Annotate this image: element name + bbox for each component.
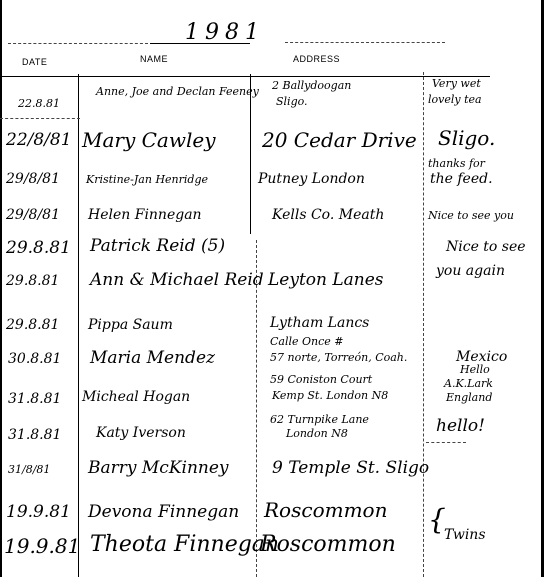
entry-address: 62 Turnpike Lane <box>270 414 369 425</box>
row-rule <box>0 118 80 119</box>
entry-comment: the feed. <box>430 172 493 186</box>
entry-date: 29/8/81 <box>6 208 60 222</box>
entry-date: 30.8.81 <box>8 352 61 366</box>
entry-address: 9 Temple St. Sligo <box>272 460 429 477</box>
name-address-divider <box>250 74 251 234</box>
year-heading: 1981 <box>185 20 265 45</box>
entry-comment: Hello <box>460 364 490 375</box>
entry-address: 59 Coniston Court <box>270 374 372 385</box>
entry-date: 31/8/81 <box>8 464 50 475</box>
entry-address: Kells Co. Meath <box>272 208 384 222</box>
column-header-address: ADDRESS <box>293 54 340 64</box>
entry-comment: lovely tea <box>428 94 482 105</box>
entry-name: Micheal Hogan <box>82 390 190 404</box>
entry-address: Roscommon <box>260 534 396 556</box>
entry-name: Maria Mendez <box>90 350 215 367</box>
brace-mark: { <box>428 506 446 534</box>
page-edge-left <box>0 0 2 577</box>
entry-name: Pippa Saum <box>88 318 173 332</box>
name-address-divider <box>256 240 257 577</box>
entry-comment: A.K.Lark <box>444 378 493 389</box>
entry-date: 22/8/81 <box>6 132 72 149</box>
entry-address: 20 Cedar Drive <box>262 130 417 150</box>
entry-address: Roscommon <box>264 500 387 520</box>
entry-comment: thanks for <box>428 158 485 169</box>
entry-comment: hello! <box>436 418 485 435</box>
entry-date: 31.8.81 <box>8 428 61 442</box>
row-rule <box>426 442 466 443</box>
header-rule <box>285 42 445 43</box>
entry-name: Barry McKinney <box>88 460 229 477</box>
column-header-name: NAME <box>140 54 168 64</box>
column-header-rule <box>0 76 490 77</box>
entry-name: Katy Iverson <box>96 426 186 440</box>
entry-name: Anne, Joe and Declan Feeney <box>96 86 259 97</box>
entry-address: Lytham Lancs <box>270 316 369 330</box>
guestbook-page: 1981 DATE NAME ADDRESS 22.8.81 Anne, Joe… <box>0 0 544 577</box>
entry-name: Mary Cawley <box>82 130 216 150</box>
entry-date: 19.9.81 <box>6 504 71 521</box>
entry-name: Ann & Michael Reid <box>90 272 264 289</box>
entry-comment: Sligo. <box>438 128 495 148</box>
entry-comment: Mexico <box>456 350 507 364</box>
entry-comment: you again <box>436 264 505 278</box>
entry-address: Putney London <box>258 172 365 186</box>
entry-address: Sligo. <box>276 96 308 107</box>
entry-date: 29.8.81 <box>6 274 59 288</box>
column-header-date: DATE <box>22 57 47 67</box>
entry-name: Kristine-Jan Henridge <box>86 174 208 185</box>
entry-date: 31.8.81 <box>8 392 61 406</box>
entry-name: Patrick Reid (5) <box>90 238 225 255</box>
header-rule <box>8 43 148 44</box>
date-name-divider <box>78 74 79 577</box>
entry-comment: Nice to see <box>446 240 526 254</box>
entry-address: Calle Once # <box>270 336 344 347</box>
entry-date: 29/8/81 <box>6 172 60 186</box>
address-comment-divider <box>423 72 424 577</box>
entry-date: 19.9.81 <box>4 536 80 556</box>
entry-comment: Nice to see you <box>428 210 514 221</box>
entry-comment: Twins <box>444 528 486 542</box>
entry-comment: England <box>446 392 492 403</box>
entry-address: Leyton Lanes <box>268 272 384 289</box>
entry-name: Theota Finnegan <box>90 534 279 556</box>
entry-date: 29.8.81 <box>6 318 59 332</box>
entry-name: Devona Finnegan <box>88 504 239 521</box>
entry-address: 57 norte, Torreón, Coah. <box>270 352 407 363</box>
entry-comment: Very wet <box>432 78 481 89</box>
entry-name: Helen Finnegan <box>88 208 202 222</box>
entry-date: 22.8.81 <box>18 98 60 109</box>
entry-date: 29.8.81 <box>6 240 71 257</box>
entry-address: London N8 <box>286 428 348 439</box>
entry-address: Kemp St. London N8 <box>272 390 388 401</box>
entry-address: 2 Ballydoogan <box>272 80 351 91</box>
